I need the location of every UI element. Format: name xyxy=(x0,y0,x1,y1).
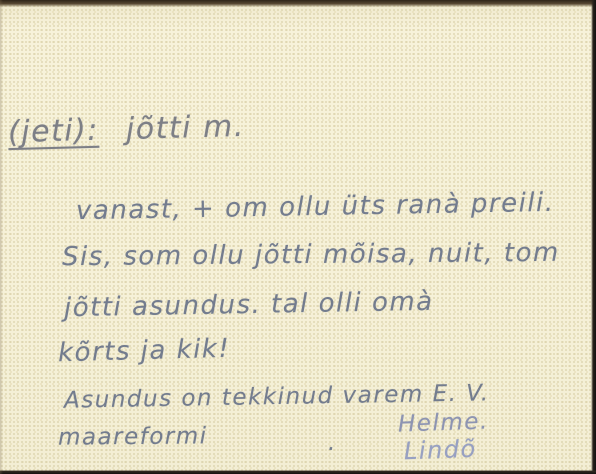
footer-note-line-2: maareformi xyxy=(58,423,208,450)
signature-name: Lindõ xyxy=(404,435,478,466)
heading-entry: jõtti m. xyxy=(125,109,245,147)
card-heading: (jeti): jõtti m. xyxy=(8,109,246,150)
footer-note-line-1: Asundus on tekkinud varem E. V. xyxy=(64,380,490,413)
scan-edge-right xyxy=(591,0,596,474)
scan-edge-left xyxy=(0,0,3,474)
scan-edge-bottom xyxy=(0,470,596,474)
handwritten-line-1: vanast, + om ollu üts ranà preili. xyxy=(76,188,555,226)
handwritten-line-2: Sis, som ollu jõtti mõisa, nuit, tom xyxy=(62,238,560,272)
handwritten-line-3: jõtti asundus. tal olli omà xyxy=(64,287,434,323)
stray-period: . xyxy=(328,430,337,456)
heading-keyword: (jeti): xyxy=(8,113,100,150)
signature-place: Helme. xyxy=(398,408,490,437)
scan-edge-top xyxy=(0,0,596,7)
scanned-index-card: (jeti): jõtti m. vanast, + om ollu üts r… xyxy=(0,0,596,474)
handwritten-line-4: kõrts ja kik! xyxy=(58,334,231,369)
